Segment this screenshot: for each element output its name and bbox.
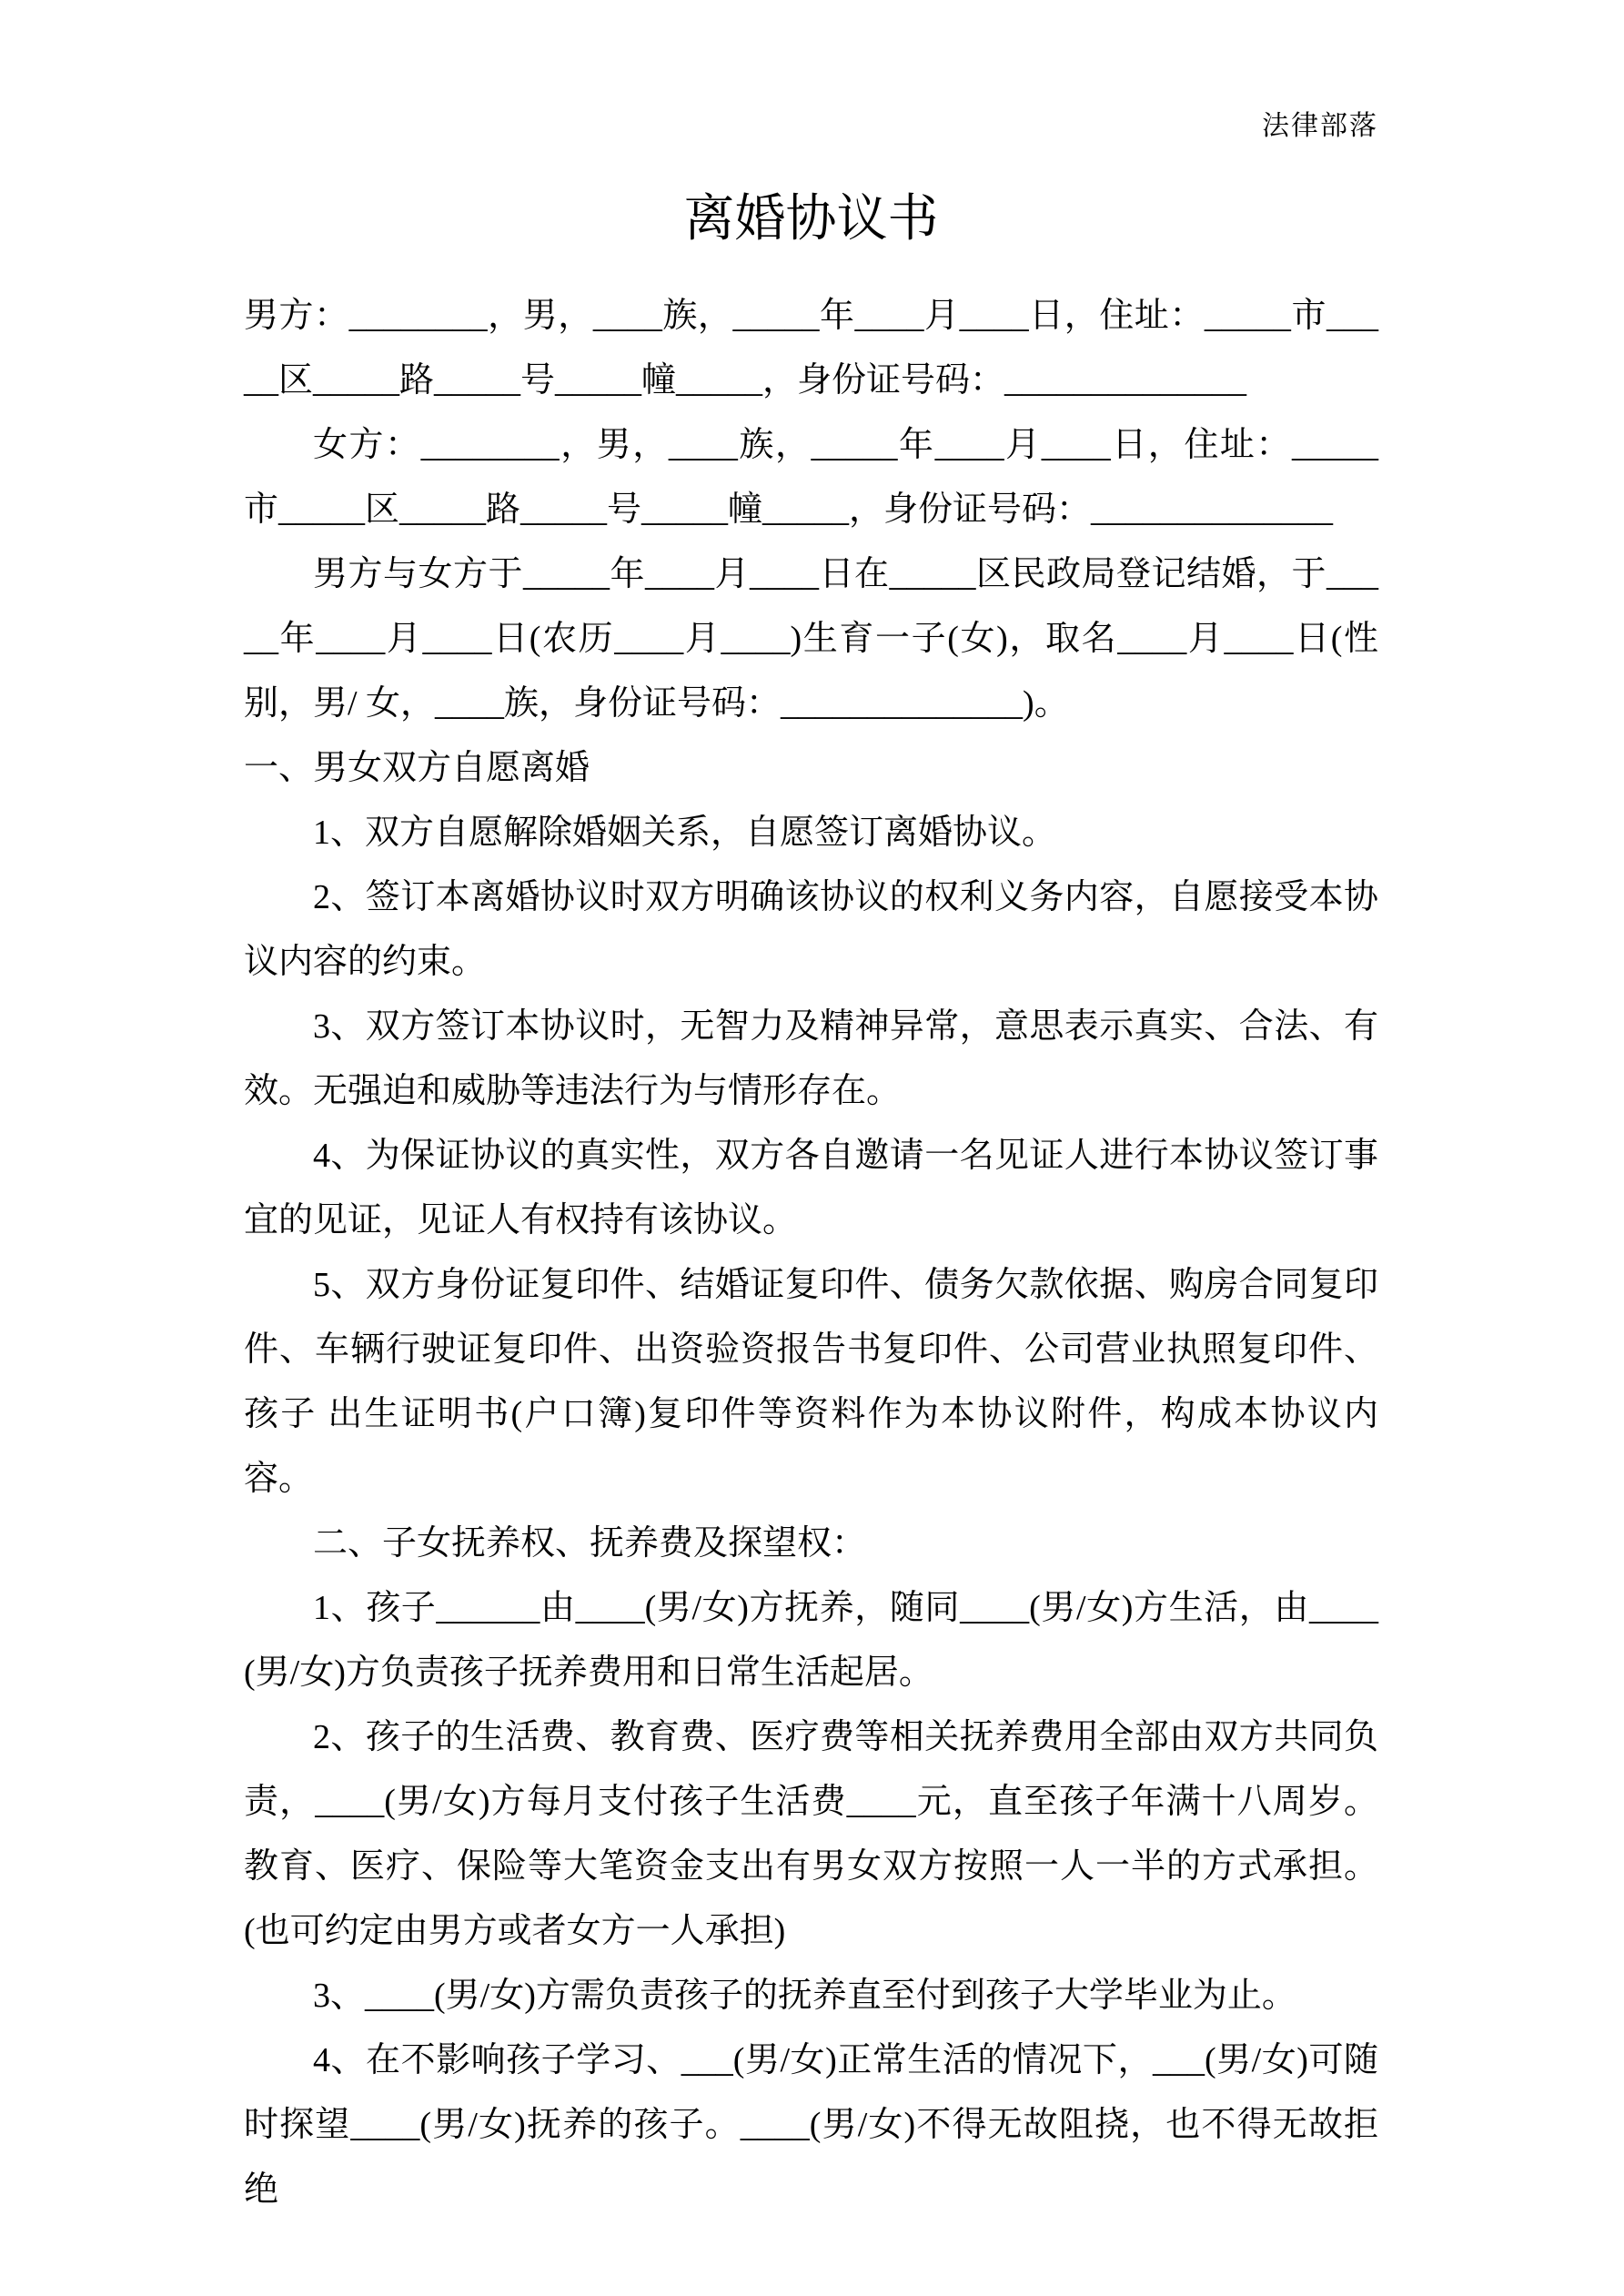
document-page: 法律部落 离婚协议书 男方：________，男，____族，_____年___…: [0, 0, 1624, 2296]
paragraph-marriage-info: 男方与女方于_____年____月____日在_____区民政局登记结婚，于__…: [244, 542, 1378, 736]
paragraph-party-male: 男方：________，男，____族，_____年____月____日，住址：…: [244, 284, 1378, 413]
section-1-item-4: 4、为保证协议的真实性，双方各自邀请一名见证人进行本协议签订事宜的见证，见证人有…: [244, 1124, 1378, 1253]
section-1-item-2: 2、签订本离婚协议时双方明确该协议的权利义务内容，自愿接受本协议内容的约束。: [244, 865, 1378, 995]
section-2-item-4: 4、在不影响孩子学习、___(男/女)正常生活的情况下，___(男/女)可随时探…: [244, 2028, 1378, 2222]
header-brand-text: 法律部落: [244, 107, 1378, 146]
section-1-item-1: 1、双方自愿解除婚姻关系，自愿签订离婚协议。: [244, 801, 1378, 865]
document-body: 男方：________，男，____族，_____年____月____日，住址：…: [244, 284, 1378, 2222]
section-2-item-1: 1、孩子______由____(男/女)方抚养，随同____(男/女)方生活，由…: [244, 1576, 1378, 1705]
section-1-item-5: 5、双方身份证复印件、结婚证复印件、债务欠款依据、购房合同复印件、车辆行驶证复印…: [244, 1253, 1378, 1512]
document-title: 离婚协议书: [244, 187, 1378, 251]
section-1-heading: 一、男女双方自愿离婚: [244, 736, 1378, 801]
paragraph-party-female: 女方：________，男，____族，_____年____月____日，住址：…: [244, 413, 1378, 542]
section-1-item-3: 3、双方签订本协议时，无智力及精神异常，意思表示真实、合法、有效。无强迫和威胁等…: [244, 995, 1378, 1124]
section-2-heading: 二、子女抚养权、抚养费及探望权：: [244, 1512, 1378, 1576]
section-2-item-2: 2、孩子的生活费、教育费、医疗费等相关抚养费用全部由双方共同负责，____(男/…: [244, 1705, 1378, 1964]
section-2-item-3: 3、____(男/女)方需负责孩子的抚养直至付到孩子大学毕业为止。: [244, 1964, 1378, 2028]
